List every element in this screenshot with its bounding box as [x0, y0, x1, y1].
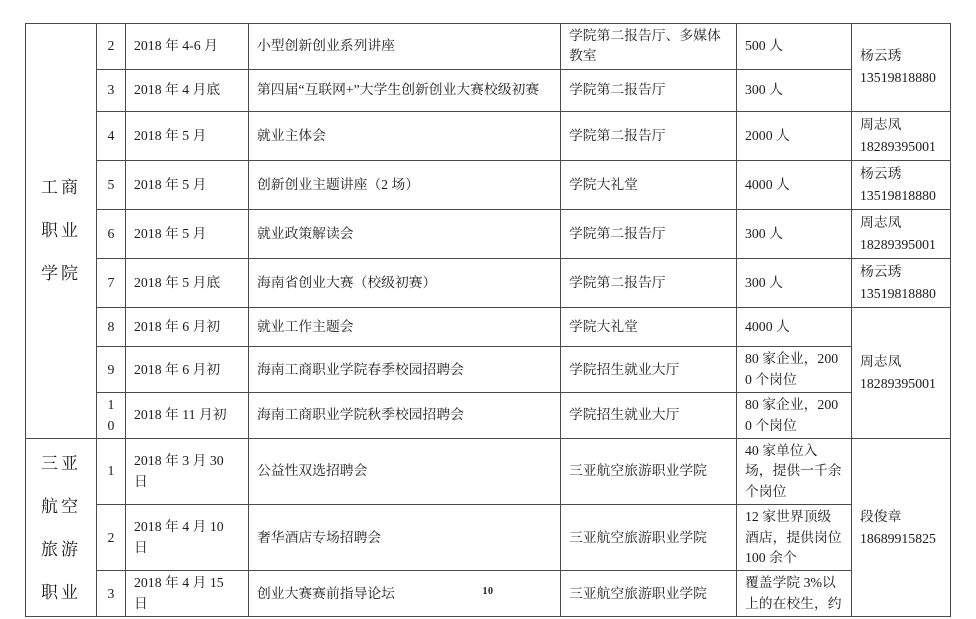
- location-cell: 三亚航空旅游职业学院: [561, 505, 737, 571]
- row-number-cell: 7: [97, 259, 126, 308]
- event-cell: 第四届“互联网+”大学生创新创业大赛校级初赛: [249, 69, 561, 111]
- scale-cell: 40 家单位入场，提供一千余个岗位: [737, 438, 852, 504]
- contact-cell: 杨云琇 13519818880: [852, 259, 951, 308]
- event-cell: 海南工商职业学院秋季校园招聘会: [249, 393, 561, 439]
- row-number-cell: 8: [97, 308, 126, 347]
- location-cell: 学院第二报告厅: [561, 210, 737, 259]
- table-row: 6 2018 年 5 月 就业政策解读会 学院第二报告厅 300 人 周志凤 1…: [26, 210, 951, 259]
- contact-cell: 周志凤 18289395001: [852, 210, 951, 259]
- scale-cell: 300 人: [737, 210, 852, 259]
- table-row: 9 2018 年 6 月初 海南工商职业学院春季校园招聘会 学院招生就业大厅 8…: [26, 347, 951, 393]
- scale-cell: 300 人: [737, 259, 852, 308]
- date-cell: 2018 年 5 月: [126, 160, 249, 209]
- row-number-cell: 4: [97, 111, 126, 160]
- event-cell: 公益性双选招聘会: [249, 438, 561, 504]
- scale-cell: 300 人: [737, 69, 852, 111]
- date-cell: 2018 年 4 月底: [126, 69, 249, 111]
- row-number-cell: 10: [97, 393, 126, 439]
- page-number: 10: [0, 586, 976, 597]
- row-number-cell: 6: [97, 210, 126, 259]
- date-cell: 2018 年 11 月初: [126, 393, 249, 439]
- row-number-cell: 9: [97, 347, 126, 393]
- location-cell: 学院大礼堂: [561, 308, 737, 347]
- date-cell: 2018 年 5 月底: [126, 259, 249, 308]
- contact-cell: 周志凤 18289395001: [852, 111, 951, 160]
- table-row: 三亚 航空 旅游 职业 1 2018 年 3 月 30 日 公益性双选招聘会 三…: [26, 438, 951, 504]
- scale-cell: 80 家企业，2000 个岗位: [737, 393, 852, 439]
- event-cell: 小型创新创业系列讲座: [249, 24, 561, 70]
- table-row: 10 2018 年 11 月初 海南工商职业学院秋季校园招聘会 学院招生就业大厅…: [26, 393, 951, 439]
- location-cell: 学院第二报告厅、多媒体教室: [561, 24, 737, 70]
- scale-cell: 4000 人: [737, 308, 852, 347]
- event-cell: 奢华酒店专场招聘会: [249, 505, 561, 571]
- table-row: 3 2018 年 4 月底 第四届“互联网+”大学生创新创业大赛校级初赛 学院第…: [26, 69, 951, 111]
- location-cell: 学院第二报告厅: [561, 259, 737, 308]
- event-cell: 海南省创业大赛（校级初赛）: [249, 259, 561, 308]
- date-cell: 2018 年 6 月初: [126, 308, 249, 347]
- date-cell: 2018 年 5 月: [126, 111, 249, 160]
- date-cell: 2018 年 4 月 10 日: [126, 505, 249, 571]
- scale-cell: 12 家世界顶级酒店，提供岗位 100 余个: [737, 505, 852, 571]
- row-number-cell: 5: [97, 160, 126, 209]
- document-page: 工商 职业 学院 2 2018 年 4-6 月 小型创新创业系列讲座 学院第二报…: [0, 0, 976, 619]
- row-number-cell: 2: [97, 505, 126, 571]
- scale-cell: 4000 人: [737, 160, 852, 209]
- college-label: 工商 职业 学院: [26, 24, 97, 439]
- event-cell: 就业工作主题会: [249, 308, 561, 347]
- scale-cell: 500 人: [737, 24, 852, 70]
- contact-cell: 周志凤 18289395001: [852, 308, 951, 439]
- event-cell: 就业政策解读会: [249, 210, 561, 259]
- table-row: 4 2018 年 5 月 就业主体会 学院第二报告厅 2000 人 周志凤 18…: [26, 111, 951, 160]
- row-number-cell: 1: [97, 438, 126, 504]
- event-schedule-table: 工商 职业 学院 2 2018 年 4-6 月 小型创新创业系列讲座 学院第二报…: [25, 23, 951, 617]
- table-row: 5 2018 年 5 月 创新创业主题讲座（2 场） 学院大礼堂 4000 人 …: [26, 160, 951, 209]
- date-cell: 2018 年 4-6 月: [126, 24, 249, 70]
- event-cell: 就业主体会: [249, 111, 561, 160]
- location-cell: 学院第二报告厅: [561, 69, 737, 111]
- date-cell: 2018 年 6 月初: [126, 347, 249, 393]
- date-cell: 2018 年 3 月 30 日: [126, 438, 249, 504]
- table-row: 工商 职业 学院 2 2018 年 4-6 月 小型创新创业系列讲座 学院第二报…: [26, 24, 951, 70]
- event-cell: 海南工商职业学院春季校园招聘会: [249, 347, 561, 393]
- location-cell: 学院大礼堂: [561, 160, 737, 209]
- scale-cell: 80 家企业，2000 个岗位: [737, 347, 852, 393]
- location-cell: 学院第二报告厅: [561, 111, 737, 160]
- location-cell: 学院招生就业大厅: [561, 393, 737, 439]
- contact-cell: 杨云琇 13519818880: [852, 24, 951, 112]
- date-cell: 2018 年 5 月: [126, 210, 249, 259]
- location-cell: 三亚航空旅游职业学院: [561, 438, 737, 504]
- contact-cell: 杨云琇 13519818880: [852, 160, 951, 209]
- table-row: 8 2018 年 6 月初 就业工作主题会 学院大礼堂 4000 人 周志凤 1…: [26, 308, 951, 347]
- event-cell: 创新创业主题讲座（2 场）: [249, 160, 561, 209]
- scale-cell: 2000 人: [737, 111, 852, 160]
- table-row: 2 2018 年 4 月 10 日 奢华酒店专场招聘会 三亚航空旅游职业学院 1…: [26, 505, 951, 571]
- location-cell: 学院招生就业大厅: [561, 347, 737, 393]
- row-number-cell: 2: [97, 24, 126, 70]
- table-row: 7 2018 年 5 月底 海南省创业大赛（校级初赛） 学院第二报告厅 300 …: [26, 259, 951, 308]
- row-number-cell: 3: [97, 69, 126, 111]
